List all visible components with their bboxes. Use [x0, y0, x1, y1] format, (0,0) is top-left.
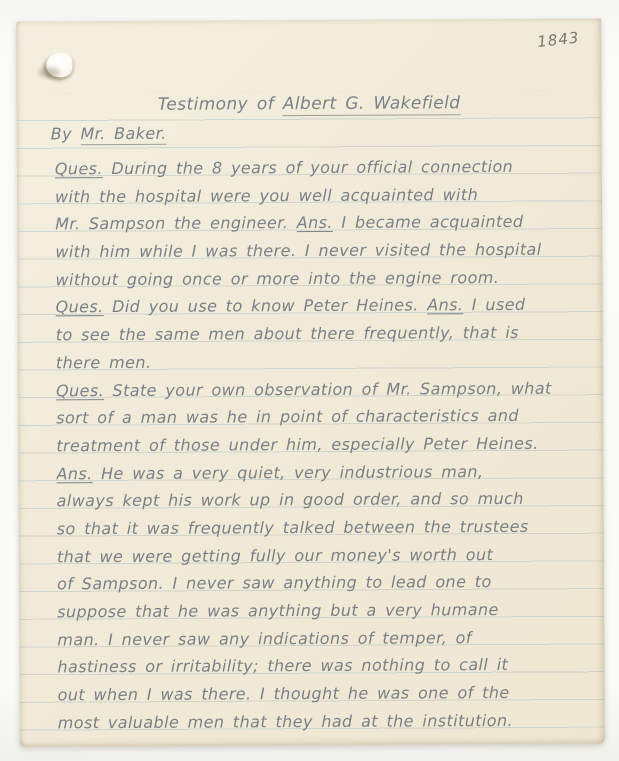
binder-hole — [46, 53, 72, 77]
title-prefix: Testimony of — [158, 94, 274, 115]
handwritten-line: Ans. He was a very quiet, very industrio… — [56, 457, 593, 487]
handwritten-line: Mr. Sampson the engineer. Ans. I became … — [55, 208, 592, 238]
handwritten-line: that we were getting fully our money's w… — [57, 540, 594, 570]
handwritten-line: suppose that he was anything but a very … — [57, 596, 594, 626]
byline-name: Mr. Baker. — [80, 124, 166, 145]
handwritten-line: to see the same men about there frequent… — [56, 319, 593, 349]
handwritten-line: with him while I was there. I never visi… — [55, 236, 592, 266]
handwritten-line: there men. — [56, 346, 593, 376]
handwritten-line: of Sampson. I never saw anything to lead… — [57, 568, 594, 598]
handwritten-line: Ques. State your own observation of Mr. … — [56, 374, 593, 404]
byline: By Mr. Baker. — [51, 124, 167, 144]
handwritten-line: treatment of those under him, especially… — [56, 429, 593, 459]
page-title: Testimony of Albert G. Wakefield — [16, 92, 601, 115]
page-number: 1843 — [536, 28, 580, 51]
handwritten-line: sort of a man was he in point of charact… — [56, 402, 593, 432]
handwritten-line: most valuable men that they had at the i… — [58, 706, 595, 736]
handwritten-line: so that it was frequently talked between… — [57, 512, 594, 542]
title-name: Albert G. Wakefield — [283, 93, 461, 116]
handwritten-line: hastiness or irritability; there was not… — [57, 651, 594, 681]
handwritten-line: Ques. During the 8 years of your officia… — [55, 153, 592, 183]
document-page: 1843 Testimony of Albert G. Wakefield By… — [16, 18, 605, 746]
handwritten-line: always kept his work up in good order, a… — [57, 485, 594, 515]
testimony-body: Ques. During the 8 years of your officia… — [55, 153, 595, 737]
byline-prefix: By — [51, 124, 72, 143]
handwritten-line: Ques. Did you use to know Peter Heines. … — [56, 291, 593, 321]
handwritten-line: with the hospital were you well acquaint… — [55, 180, 592, 210]
handwritten-line: out when I was there. I thought he was o… — [58, 679, 595, 709]
handwritten-line: man. I never saw any indications of temp… — [57, 623, 594, 653]
handwritten-line: without going once or more into the engi… — [55, 263, 592, 293]
